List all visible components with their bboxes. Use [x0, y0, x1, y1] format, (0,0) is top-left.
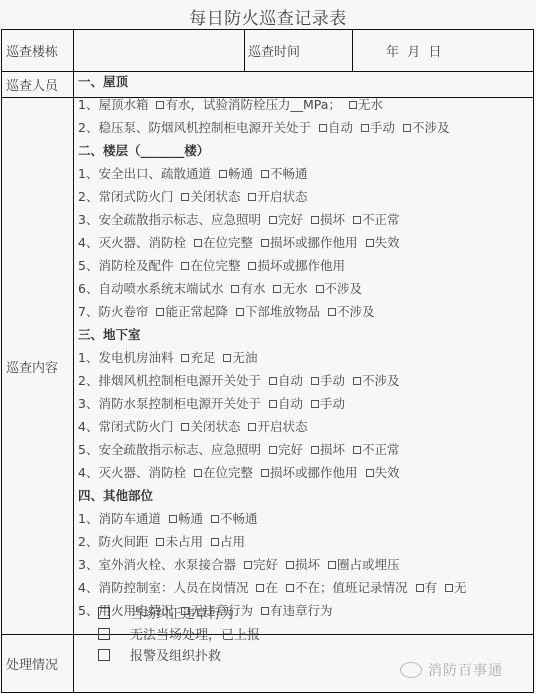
option-checkbox[interactable]: 未占用	[156, 534, 203, 549]
item-label: 1、屋顶水箱	[78, 97, 148, 112]
checklist-item: 1、安全出口、疏散通道畅通不畅通	[78, 162, 528, 185]
checkbox-icon[interactable]	[311, 446, 319, 454]
checkbox-icon[interactable]	[211, 538, 219, 546]
option-checkbox[interactable]: 圈占或埋压	[328, 557, 400, 572]
option-checkbox[interactable]: 有水，试验消防栓压力__MPa；	[156, 97, 340, 112]
item-label: 1、发电机房油料	[78, 350, 173, 365]
checkbox-icon[interactable]	[211, 515, 219, 523]
option-checkbox[interactable]: 损坏	[311, 212, 345, 227]
checkbox-icon[interactable]	[261, 239, 269, 247]
time-label: 巡查时间	[248, 30, 300, 71]
checklist-item: 7、防火卷帘能正常起降下部堆放物品不涉及	[78, 300, 528, 323]
checkbox-icon[interactable]	[248, 193, 256, 201]
form-title: 每日防火巡查记录表	[0, 4, 536, 29]
item-label: 2、常闭式防火门	[78, 189, 173, 204]
checkbox-icon[interactable]	[269, 400, 277, 408]
col-divider	[352, 30, 353, 71]
checklist-item: 4、灭火器、消防栓在位完整损坏或挪作他用失效	[78, 461, 528, 484]
option-checkbox[interactable]: 下部堆放物品	[236, 304, 320, 319]
option-checkbox[interactable]: 损坏或挪作他用	[248, 258, 345, 273]
checkbox-icon[interactable]	[416, 584, 424, 592]
option-checkbox[interactable]: 无水	[273, 281, 307, 296]
checkbox-icon[interactable]	[248, 262, 256, 270]
checkbox-icon[interactable]	[156, 538, 164, 546]
checklist-item: 2、排烟风机控制柜电源开关处于自动手动不涉及	[78, 369, 528, 392]
item-label: 1、消防车通道	[78, 511, 161, 526]
checkbox-icon[interactable]	[311, 377, 319, 385]
checkbox-icon[interactable]	[256, 584, 264, 592]
option-checkbox[interactable]: 不畅通	[261, 166, 308, 181]
checkbox-icon[interactable]	[269, 216, 277, 224]
col-divider	[73, 30, 74, 692]
option-checkbox[interactable]: 不正常	[353, 442, 400, 457]
building-field[interactable]	[76, 30, 242, 71]
handling-label: 处理情况	[6, 635, 58, 692]
handling-option[interactable]: 无法当场处理，已上报	[98, 625, 260, 646]
checkbox-icon[interactable]	[286, 584, 294, 592]
item-label: 4、消防控制室：人员在岗情况	[78, 580, 248, 595]
checklist-item: 3、安全疏散指示标志、应急照明完好损坏不正常	[78, 208, 528, 231]
checkbox-icon[interactable]	[261, 469, 269, 477]
option-checkbox[interactable]: 有违章行为	[261, 603, 333, 618]
item-label: 4、常闭式防火门	[78, 419, 173, 434]
checkbox-icon[interactable]	[311, 400, 319, 408]
checkbox-icon[interactable]	[181, 423, 189, 431]
building-label: 巡查楼栋	[6, 30, 58, 71]
option-checkbox[interactable]: 完好	[269, 442, 303, 457]
checkbox-icon[interactable]	[366, 469, 374, 477]
checkbox-icon[interactable]	[194, 239, 202, 247]
option-checkbox[interactable]: 失效	[366, 465, 400, 480]
option-checkbox[interactable]: 失效	[366, 235, 400, 250]
checkbox-icon[interactable]	[98, 628, 110, 640]
section-heading: 三、地下室	[78, 323, 528, 346]
option-checkbox[interactable]: 自动	[269, 396, 303, 411]
checkbox-icon[interactable]	[156, 101, 164, 109]
option-checkbox[interactable]: 不正常	[353, 212, 400, 227]
checkbox-icon[interactable]	[181, 262, 189, 270]
checkbox-icon[interactable]	[223, 354, 231, 362]
item-label: 4、灭火器、消防栓	[78, 465, 186, 480]
checklist-item: 1、屋顶水箱有水，试验消防栓压力__MPa；无水	[78, 93, 528, 116]
checklist-item: 3、室外消火栓、水泵接合器完好损坏圈占或埋压	[78, 553, 528, 576]
checklist-item: 2、常闭式防火门关闭状态开启状态	[78, 185, 528, 208]
option-checkbox[interactable]: 不涉及	[316, 281, 363, 296]
option-checkbox[interactable]: 无水	[349, 97, 383, 112]
col-divider	[244, 30, 245, 71]
item-label: 4、灭火器、消防栓	[78, 235, 186, 250]
option-checkbox[interactable]: 开启状态	[248, 189, 307, 204]
option-checkbox[interactable]: 关闭状态	[181, 189, 240, 204]
wechat-icon	[400, 662, 422, 678]
handling-option[interactable]: 当场纠正违章行为	[98, 604, 260, 625]
option-checkbox[interactable]: 开启状态	[248, 419, 307, 434]
option-checkbox[interactable]: 完好	[269, 212, 303, 227]
checkbox-icon[interactable]	[181, 354, 189, 362]
item-label: 2、防火间距	[78, 534, 148, 549]
checkbox-icon[interactable]	[269, 377, 277, 385]
checklist-item: 1、发电机房油料充足无油	[78, 346, 528, 369]
item-label: 1、安全出口、疏散通道	[78, 166, 211, 181]
section-heading: 一、屋顶	[78, 70, 528, 93]
checkbox-icon[interactable]	[194, 469, 202, 477]
option-checkbox[interactable]: 手动	[311, 396, 345, 411]
option-checkbox[interactable]: 畅通	[169, 511, 203, 526]
option-checkbox[interactable]: 占用	[211, 534, 245, 549]
checkbox-icon[interactable]	[349, 101, 357, 109]
option-checkbox[interactable]: 手动	[311, 373, 345, 388]
inspection-content: 一、屋顶1、屋顶水箱有水，试验消防栓压力__MPa；无水2、稳压泵、防烟风机控制…	[78, 70, 528, 622]
option-checkbox[interactable]: 自动	[319, 120, 353, 135]
section-heading: 二、楼层（_______楼）	[78, 139, 528, 162]
option-checkbox[interactable]: 不畅通	[211, 511, 258, 526]
item-label: 3、室外消火栓、水泵接合器	[78, 557, 236, 572]
item-label: 3、消防水泵控制柜电源开关处于	[78, 396, 261, 411]
checklist-item: 2、稳压泵、防烟风机控制柜电源开关处于自动手动不涉及	[78, 116, 528, 139]
checkbox-icon[interactable]	[403, 124, 411, 132]
checklist-item: 3、消防水泵控制柜电源开关处于自动手动	[78, 392, 528, 415]
checkbox-icon[interactable]	[181, 193, 189, 201]
watermark: 消防百事通	[400, 660, 503, 680]
checkbox-icon[interactable]	[273, 285, 281, 293]
option-checkbox[interactable]: 不涉及	[403, 120, 450, 135]
date-field[interactable]: 年 月 日	[386, 30, 442, 71]
checklist-item: 5、安全疏散指示标志、应急照明完好损坏不正常	[78, 438, 528, 461]
checkbox-icon[interactable]	[248, 423, 256, 431]
checkbox-icon[interactable]	[269, 446, 277, 454]
checklist-item: 4、消防控制室：人员在岗情况在不在；值班记录情况有无	[78, 576, 528, 599]
checkbox-icon[interactable]	[156, 308, 164, 316]
option-checkbox[interactable]: 畅通	[219, 166, 253, 181]
checkbox-icon[interactable]	[311, 216, 319, 224]
option-checkbox[interactable]: 损坏	[311, 442, 345, 457]
checklist-item: 1、消防车通道畅通不畅通	[78, 507, 528, 530]
option-checkbox[interactable]: 不涉及	[328, 304, 375, 319]
checkbox-icon[interactable]	[286, 561, 294, 569]
option-checkbox[interactable]: 关闭状态	[181, 419, 240, 434]
checklist-item: 4、灭火器、消防栓在位完整损坏或挪作他用失效	[78, 231, 528, 254]
checkbox-icon[interactable]	[361, 124, 369, 132]
checkbox-icon[interactable]	[261, 607, 269, 615]
option-checkbox[interactable]: 在位完整	[194, 465, 253, 480]
option-checkbox[interactable]: 在位完整	[181, 258, 240, 273]
option-checkbox[interactable]: 在	[256, 580, 278, 595]
option-checkbox[interactable]: 在位完整	[194, 235, 253, 250]
option-checkbox[interactable]: 有	[416, 580, 438, 595]
checklist-item: 5、消防栓及配件在位完整损坏或挪作他用	[78, 254, 528, 277]
item-label: 5、安全疏散指示标志、应急照明	[78, 442, 261, 457]
option-checkbox[interactable]: 不涉及	[353, 373, 400, 388]
checkbox-icon[interactable]	[169, 515, 177, 523]
option-checkbox[interactable]: 损坏或挪作他用	[261, 235, 358, 250]
option-checkbox[interactable]: 损坏	[286, 557, 320, 572]
checkbox-icon[interactable]	[353, 216, 361, 224]
checkbox-icon[interactable]	[244, 561, 252, 569]
checkbox-icon[interactable]	[328, 561, 336, 569]
item-label: 3、安全疏散指示标志、应急照明	[78, 212, 261, 227]
checkbox-icon[interactable]	[328, 308, 336, 316]
option-checkbox[interactable]: 有水	[231, 281, 265, 296]
item-label: 6、自动喷水系统末端试水	[78, 281, 223, 296]
checkbox-icon[interactable]	[316, 285, 324, 293]
item-label: 5、消防栓及配件	[78, 258, 173, 273]
checkbox-icon[interactable]	[445, 584, 453, 592]
checklist-item: 6、自动喷水系统末端试水有水无水不涉及	[78, 277, 528, 300]
checkbox-icon[interactable]	[319, 124, 327, 132]
checkbox-icon[interactable]	[236, 308, 244, 316]
checkbox-icon[interactable]	[353, 446, 361, 454]
row-divider	[2, 634, 533, 635]
handling-option[interactable]: 报警及组织扑救	[98, 646, 260, 667]
checkbox-icon[interactable]	[261, 170, 269, 178]
option-checkbox[interactable]: 自动	[269, 373, 303, 388]
content-label: 巡查内容	[6, 98, 58, 634]
item-label: 2、排烟风机控制柜电源开关处于	[78, 373, 261, 388]
inspector-label: 巡查人员	[6, 72, 58, 97]
checklist-item: 4、常闭式防火门关闭状态开启状态	[78, 415, 528, 438]
option-checkbox[interactable]: 不在；值班记录情况	[286, 580, 408, 595]
option-checkbox[interactable]: 充足	[181, 350, 215, 365]
checkbox-icon[interactable]	[219, 170, 227, 178]
checkbox-icon[interactable]	[98, 649, 110, 661]
handling-options: 当场纠正违章行为 无法当场处理，已上报 报警及组织扑救	[98, 604, 260, 667]
checkbox-icon[interactable]	[231, 285, 239, 293]
checkbox-icon[interactable]	[98, 607, 110, 619]
item-label: 2、稳压泵、防烟风机控制柜电源开关处于	[78, 120, 311, 135]
checklist-item: 2、防火间距未占用占用	[78, 530, 528, 553]
option-checkbox[interactable]: 手动	[361, 120, 395, 135]
item-label: 7、防火卷帘	[78, 304, 148, 319]
option-checkbox[interactable]: 无	[445, 580, 467, 595]
option-checkbox[interactable]: 能正常起降	[156, 304, 228, 319]
section-heading: 四、其他部位	[78, 484, 528, 507]
checkbox-icon[interactable]	[353, 377, 361, 385]
option-checkbox[interactable]: 无油	[223, 350, 257, 365]
option-checkbox[interactable]: 完好	[244, 557, 278, 572]
option-checkbox[interactable]: 损坏或挪作他用	[261, 465, 358, 480]
checkbox-icon[interactable]	[366, 239, 374, 247]
